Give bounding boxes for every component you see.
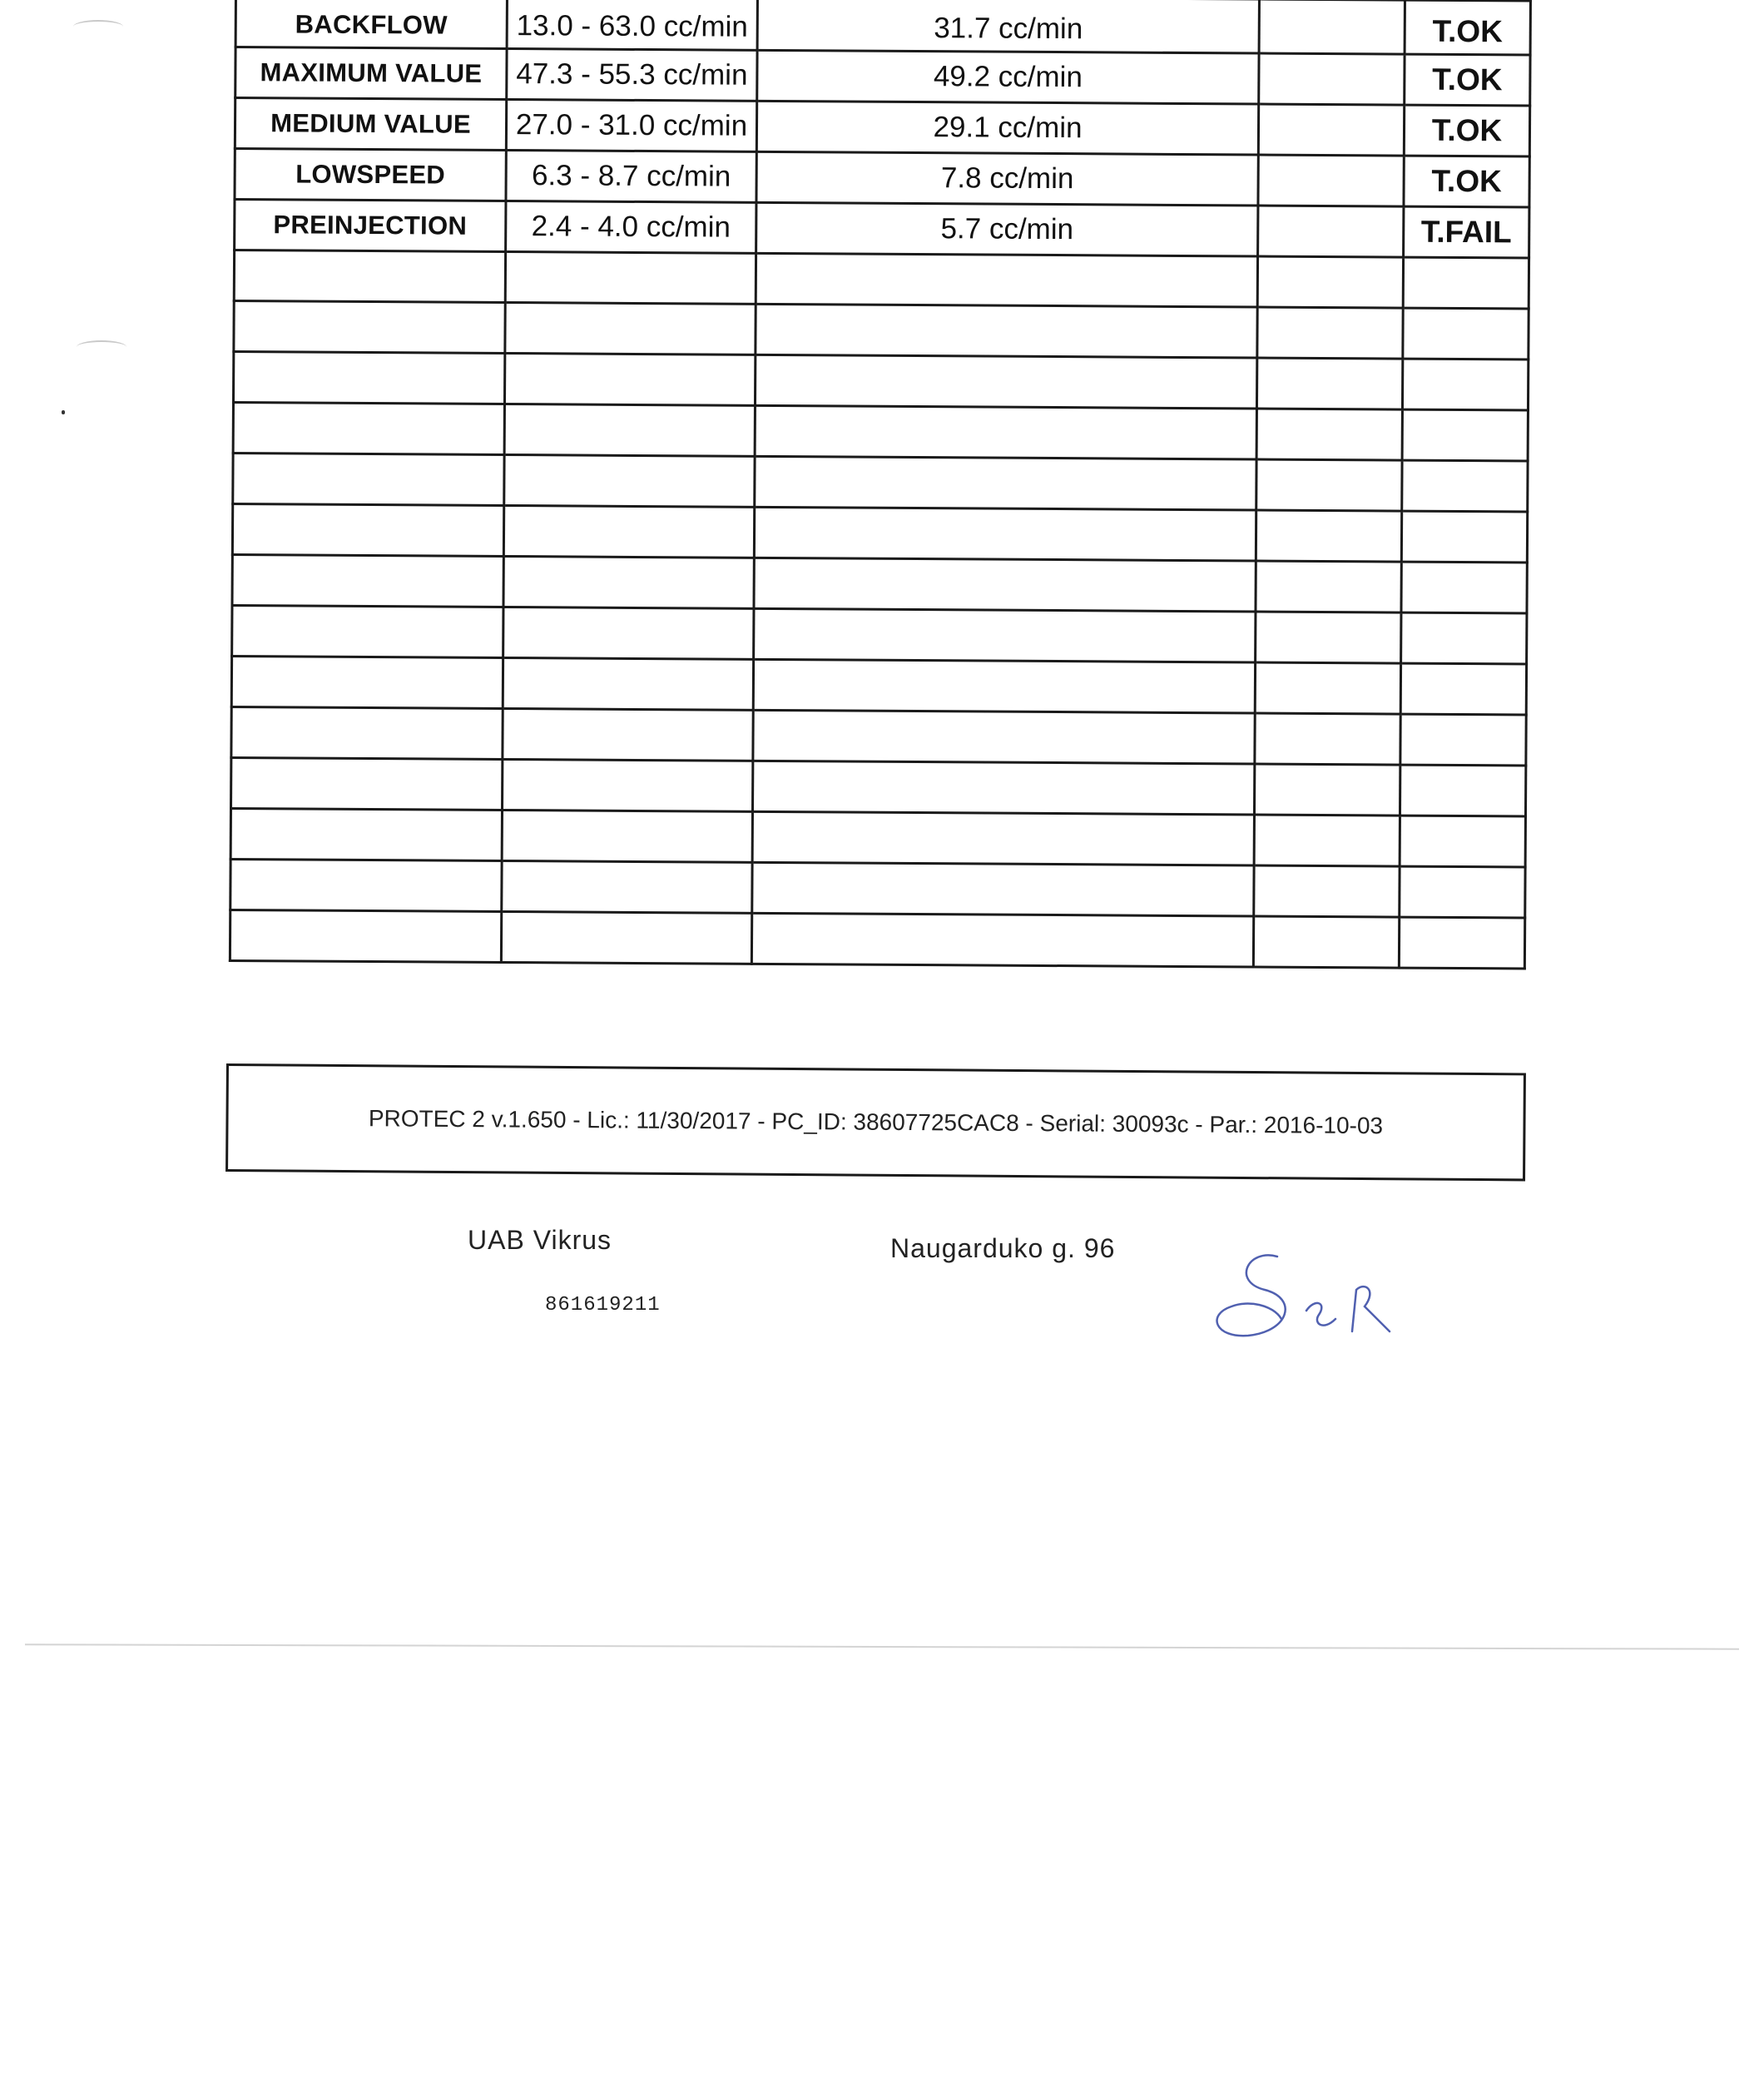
empty-cell	[1403, 257, 1529, 309]
empty-cell	[756, 253, 1257, 307]
empty-table-row	[232, 554, 1527, 613]
empty-cell	[1402, 409, 1528, 461]
empty-cell	[1403, 308, 1529, 359]
empty-cell	[755, 456, 1256, 510]
status-cell: T.OK	[1405, 54, 1530, 106]
empty-cell	[752, 761, 1254, 815]
measured-value-cell: 49.2 cc/min	[757, 50, 1259, 104]
empty-cell	[755, 354, 1256, 409]
empty-cell	[233, 453, 504, 505]
empty-cell	[234, 250, 505, 303]
scan-speck	[62, 410, 65, 414]
empty-cell	[753, 659, 1255, 713]
empty-cell	[754, 558, 1256, 612]
empty-cell	[503, 505, 754, 558]
empty-cell	[1256, 510, 1401, 562]
table-row: LOWSPEED6.3 - 8.7 cc/min7.8 cc/minT.OK	[235, 149, 1529, 208]
empty-cell	[754, 608, 1256, 662]
empty-cell	[504, 404, 755, 456]
test-name-cell: LOWSPEED	[235, 149, 506, 201]
empty-cell	[1254, 815, 1400, 866]
empty-cell	[1401, 511, 1527, 563]
empty-cell	[504, 454, 755, 507]
empty-cell	[1254, 764, 1400, 815]
status-cell: T.OK	[1404, 156, 1529, 207]
empty-cell	[503, 556, 754, 608]
punch-hole-mark	[73, 20, 123, 33]
software-info-text: PROTEC 2 v.1.650 - Lic.: 11/30/2017 - PC…	[369, 1105, 1383, 1139]
software-info-box: PROTEC 2 v.1.650 - Lic.: 11/30/2017 - PC…	[225, 1063, 1526, 1181]
company-name: UAB Vikrus	[468, 1225, 612, 1256]
empty-cell	[232, 503, 503, 556]
table-row: BACKFLOW13.0 - 63.0 cc/min31.7 cc/minT.O…	[235, 0, 1530, 55]
empty-table-row	[234, 301, 1529, 360]
status-cell: T.OK	[1404, 105, 1529, 156]
empty-cell	[1256, 459, 1402, 511]
empty-table-row	[230, 808, 1525, 867]
empty-cell	[1256, 561, 1401, 612]
blank-cell	[1259, 53, 1405, 105]
empty-cell	[1256, 612, 1401, 663]
test-name-cell: MAXIMUM VALUE	[235, 47, 507, 100]
status-cell: T.OK	[1405, 0, 1530, 55]
empty-cell	[231, 706, 503, 759]
blank-cell	[1258, 155, 1404, 206]
empty-cell	[503, 607, 754, 659]
empty-table-row	[232, 503, 1527, 563]
empty-cell	[505, 251, 756, 304]
empty-table-row	[234, 250, 1529, 310]
empty-cell	[1401, 562, 1527, 613]
empty-cell	[1400, 663, 1526, 715]
empty-cell	[1401, 612, 1527, 664]
empty-table-row	[231, 757, 1526, 816]
empty-table-row	[230, 859, 1525, 918]
empty-cell	[756, 304, 1257, 358]
empty-cell	[1253, 916, 1399, 968]
page-edge-line	[25, 1643, 1739, 1649]
tolerance-range-cell: 47.3 - 55.3 cc/min	[507, 48, 757, 101]
tolerance-range-cell: 27.0 - 31.0 cc/min	[506, 99, 756, 151]
measured-value-cell: 31.7 cc/min	[757, 0, 1259, 53]
empty-cell	[1402, 460, 1528, 512]
empty-cell	[233, 352, 504, 404]
empty-cell	[752, 862, 1254, 916]
empty-cell	[502, 860, 752, 913]
empty-table-row	[233, 402, 1528, 461]
tolerance-range-cell: 2.4 - 4.0 cc/min	[506, 201, 756, 253]
empty-cell	[1400, 815, 1525, 867]
test-name-cell: BACKFLOW	[235, 0, 507, 48]
test-results-table: BACKFLOW13.0 - 63.0 cc/min31.7 cc/minT.O…	[229, 0, 1532, 970]
empty-table-row	[231, 706, 1526, 766]
measured-value-cell: 7.8 cc/min	[756, 151, 1258, 206]
empty-cell	[1254, 865, 1400, 917]
tolerance-range-cell: 13.0 - 63.0 cc/min	[507, 0, 757, 50]
handwritten-signature	[1198, 1240, 1448, 1356]
empty-cell	[1256, 358, 1402, 409]
empty-cell	[752, 811, 1254, 865]
empty-cell	[1256, 409, 1402, 460]
empty-cell	[1402, 359, 1528, 410]
measured-value-cell: 29.1 cc/min	[756, 101, 1258, 155]
empty-cell	[234, 301, 505, 354]
empty-cell	[1255, 662, 1400, 714]
empty-cell	[1255, 713, 1400, 765]
empty-table-row	[232, 605, 1527, 664]
status-cell: T.FAIL	[1404, 206, 1529, 258]
empty-cell	[501, 911, 751, 964]
table-row: MAXIMUM VALUE47.3 - 55.3 cc/min49.2 cc/m…	[235, 47, 1530, 107]
empty-cell	[504, 353, 755, 405]
punch-hole-mark	[77, 340, 126, 354]
company-address: Naugarduko g. 96	[890, 1233, 1115, 1264]
empty-cell	[503, 657, 753, 710]
empty-cell	[1400, 765, 1525, 816]
empty-cell	[230, 859, 502, 911]
empty-cell	[754, 507, 1256, 561]
empty-cell	[502, 810, 752, 862]
empty-cell	[232, 554, 503, 607]
blank-cell	[1258, 104, 1404, 156]
empty-cell	[753, 710, 1255, 764]
empty-cell	[503, 708, 753, 761]
tolerance-range-cell: 6.3 - 8.7 cc/min	[506, 150, 756, 202]
empty-table-row	[230, 910, 1524, 969]
measured-value-cell: 5.7 cc/min	[756, 202, 1258, 256]
blank-cell	[1258, 206, 1404, 257]
scanned-page: BACKFLOW13.0 - 63.0 cc/min31.7 cc/minT.O…	[0, 0, 1764, 2097]
test-name-cell: MEDIUM VALUE	[235, 98, 506, 151]
blank-cell	[1259, 0, 1405, 54]
table-row: PREINJECTION2.4 - 4.0 cc/min5.7 cc/minT.…	[235, 200, 1529, 259]
empty-cell	[231, 656, 503, 708]
test-name-cell: PREINJECTION	[235, 200, 506, 252]
empty-cell	[755, 405, 1256, 459]
empty-cell	[230, 808, 502, 860]
empty-cell	[230, 910, 501, 962]
empty-cell	[232, 605, 503, 657]
empty-cell	[1257, 307, 1403, 359]
empty-cell	[233, 402, 504, 454]
empty-cell	[502, 759, 752, 811]
empty-table-row	[231, 656, 1526, 715]
empty-cell	[1400, 866, 1525, 918]
empty-cell	[1400, 714, 1526, 766]
empty-cell	[1257, 256, 1403, 308]
empty-table-row	[233, 352, 1528, 411]
empty-table-row	[233, 453, 1528, 512]
empty-cell	[231, 757, 503, 810]
empty-cell	[751, 913, 1253, 967]
table-row: MEDIUM VALUE27.0 - 31.0 cc/min29.1 cc/mi…	[235, 98, 1529, 157]
company-phone: 861619211	[545, 1294, 661, 1316]
empty-cell	[1399, 917, 1524, 969]
empty-cell	[505, 302, 756, 354]
